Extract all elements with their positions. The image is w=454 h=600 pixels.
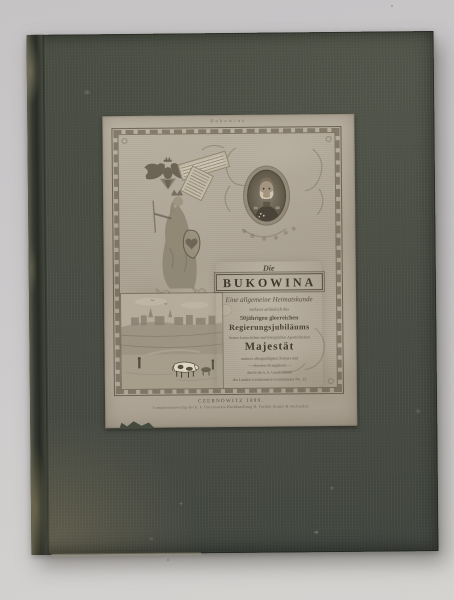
- dust-speck: [391, 5, 393, 7]
- book-title: BUKOWINA: [216, 273, 324, 291]
- page-block-edge: [51, 552, 201, 556]
- dedication-line: Seiner kaiserlichen und königlichen Apos…: [216, 334, 322, 341]
- dedication-line: des Landes-Gendarmerie-Commandos No. 13.: [217, 376, 323, 383]
- imprint-publisher: Commissionsverlag der k. k. Universitäts…: [105, 404, 357, 411]
- title-cartouche: Die BUKOWINA Eine allgemeine Heimatskund…: [216, 261, 323, 388]
- dedication-line: — obersten Kriegsherrn —: [217, 362, 323, 369]
- plate-top-caption: Bukowina: [102, 117, 354, 124]
- book-cover: Bukowina: [27, 31, 439, 555]
- dedication-line: durch die k. k. Gendarmerie: [217, 369, 323, 376]
- photo-backdrop: Bukowina: [0, 0, 454, 600]
- ornamental-border-band: Die BUKOWINA Eine allgemeine Heimatskund…: [113, 128, 342, 394]
- dedication-majestaet: Majestät: [216, 340, 322, 354]
- dedication-line: verfasst anlässlich des: [216, 306, 322, 313]
- engraved-border: Die BUKOWINA Eine allgemeine Heimatskund…: [111, 126, 344, 396]
- dust-speck: [167, 559, 169, 561]
- torn-corner: [119, 420, 155, 429]
- emperor-portrait-medallion: [247, 169, 286, 221]
- title-plate: Bukowina: [102, 114, 357, 428]
- dedication-line: Regierungsjubiläums: [216, 322, 322, 333]
- engraving-area: Die BUKOWINA Eine allgemeine Heimatskund…: [117, 132, 337, 390]
- allegorical-figure-icon: [149, 188, 208, 293]
- portrait-bust-icon: [248, 170, 285, 220]
- pastoral-vignette-icon: [120, 292, 224, 390]
- book-subtitle: Eine allgemeine Heimatskunde: [216, 295, 322, 305]
- dedication-line: unseres allergnädigsten Kaisers und: [217, 355, 323, 362]
- imprint: CZERNOWITZ 1899. Commissionsverlag der k…: [105, 397, 357, 411]
